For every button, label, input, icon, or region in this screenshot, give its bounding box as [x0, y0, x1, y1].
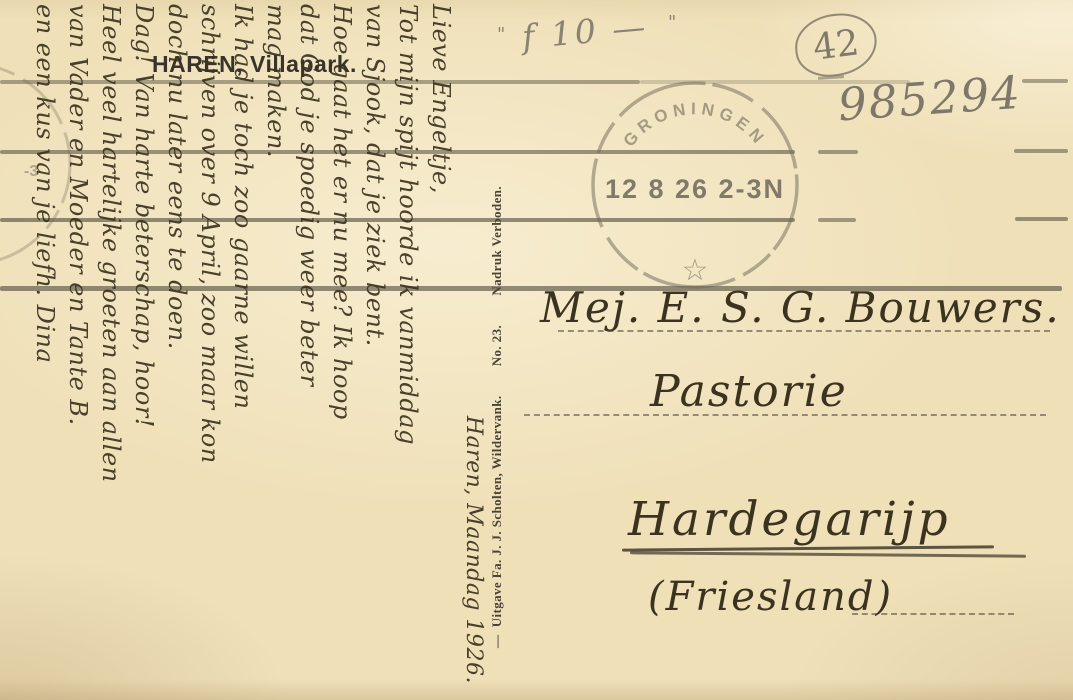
address-street: Pastorie [650, 366, 848, 417]
pencil-circled-number-value: 42 [811, 22, 861, 68]
handwritten-underline [630, 551, 1026, 557]
address-rule [558, 330, 1050, 332]
message-line: Hoe gaat het er nu mee? Ik hoop [325, 4, 358, 690]
message-line: Tot mijn spijt hoorde ik vanmiddag [391, 4, 424, 690]
message-signature: en een kus van je liefh. Dina [28, 4, 61, 690]
message-salutation: Lieve Engeltje, [424, 4, 457, 690]
cancellation-bar-segment [1014, 149, 1068, 153]
message-line: doch nu later eens te doen. [160, 4, 193, 690]
pencil-price: f 10 — [521, 7, 650, 57]
cancellation-bar-segment [1022, 79, 1068, 83]
message-line: Heel veel hartelijke groeten aan allen [94, 4, 127, 690]
handwritten-message: Haren, Maandag 1926. Lieve Engeltje, Tot… [28, 4, 490, 690]
pencil-tick: " [497, 24, 505, 45]
address-town: Hardegarijp [628, 492, 951, 547]
cancellation-bar-segment [818, 150, 858, 154]
cancellation-bar-segment [1015, 217, 1068, 221]
message-line: schrijven over 9 April, zoo maar kon [193, 4, 226, 690]
postmark-city: GRONINGEN [620, 99, 771, 150]
message-line: mag maken. [259, 4, 292, 690]
address-rule [852, 613, 1014, 615]
address-recipient: Mej. E. S. G. Bouwers. [540, 283, 1061, 332]
postmark-city-text: GRONINGEN [620, 99, 771, 150]
pencil-circled-number: 42 [792, 9, 881, 81]
cancellation-bar-segment [818, 218, 856, 222]
postmark-groningen: GRONINGEN 12 8 26 2-3N ☆ [583, 78, 809, 294]
postcard-back: HAREN, Villapark. GRONINGEN 12 8 26 2-3N… [0, 0, 1073, 700]
message-line: dat God je spoedig weer beter [292, 4, 325, 690]
pencil-tick: " [668, 12, 676, 33]
message-line: van Vader en Moeder en Tante B. [61, 4, 94, 690]
message-line: van Sjook, dat je ziek bent. [358, 4, 391, 690]
address-rule [524, 414, 1046, 416]
message-line: Dag! Van harte beterschap, hoor! [127, 4, 160, 690]
publisher-imprint: — Uitgave Fa. J. J. Scholten, Wildervank… [483, 86, 511, 648]
message-line: Ik had je toch zoo gaarne willen [226, 4, 259, 690]
postmark-datetime: 12 8 26 2-3N [605, 174, 785, 204]
pencil-serial-number: 985294 [836, 66, 1023, 132]
